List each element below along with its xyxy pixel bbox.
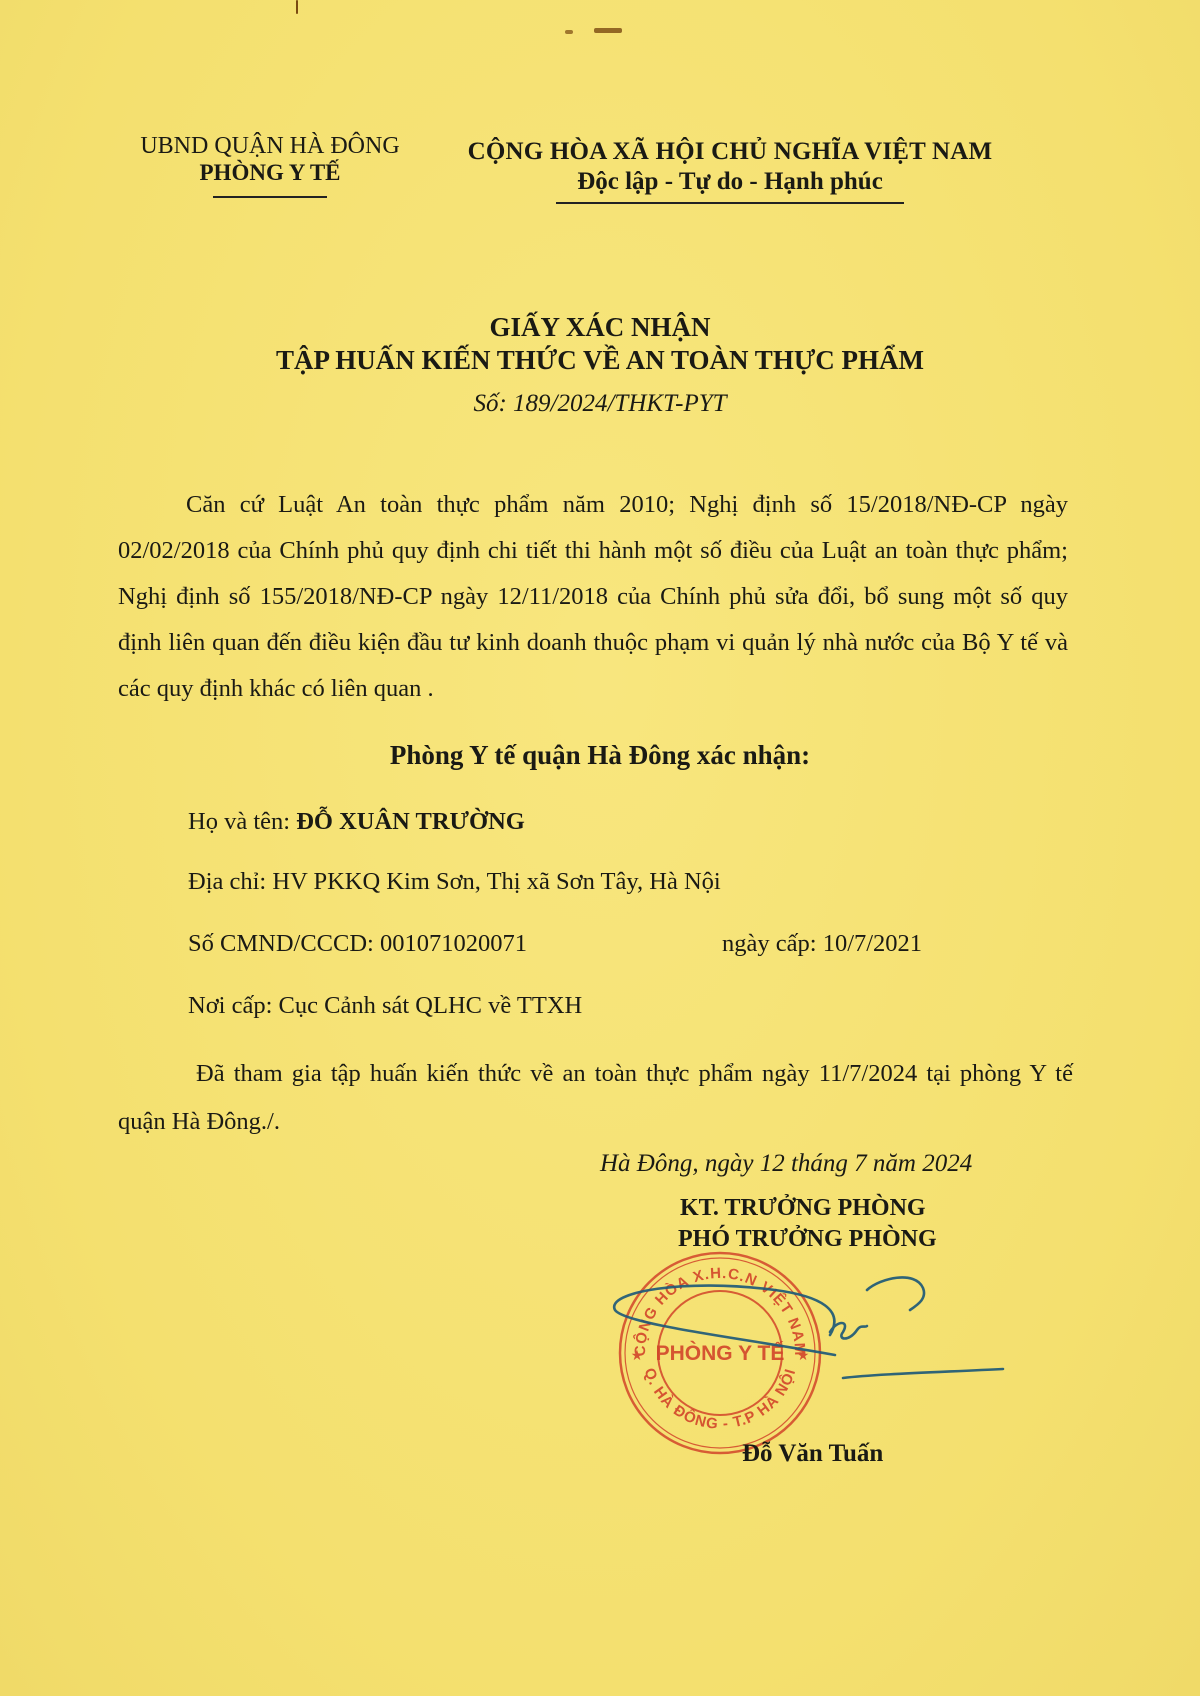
nation-motto: Độc lập - Tự do - Hạnh phúc	[455, 168, 1005, 196]
full-name-value: ĐỖ XUÂN TRƯỜNG	[296, 808, 525, 835]
agency-department: PHÒNG Y TẾ	[120, 160, 420, 186]
issue-place-value: Cục Cảnh sát QLHC về TTXH	[279, 992, 583, 1019]
issue-date-label: ngày cấp:	[722, 930, 823, 957]
field-address: Địa chỉ: HV PKKQ Kim Sơn, Thị xã Sơn Tây…	[188, 868, 721, 896]
id-label: Số CMND/CCCD:	[188, 930, 380, 957]
confirmation-heading: Phòng Y tế quận Hà Đông xác nhận:	[0, 740, 1200, 771]
address-label: Địa chỉ:	[188, 868, 272, 895]
nation-name: CỘNG HÒA XÃ HỘI CHỦ NGHĨA VIỆT NAM	[455, 138, 1005, 166]
field-id-number: Số CMND/CCCD: 001071020071	[188, 930, 527, 958]
document-title: GIẤY XÁC NHẬN	[0, 312, 1200, 343]
attendance-statement: Đã tham gia tập huấn kiến thức về an toà…	[118, 1050, 1073, 1146]
handwritten-signature-icon	[605, 1270, 1005, 1390]
scan-mark	[296, 0, 298, 14]
signer-title-1: KT. TRƯỞNG PHÒNG	[680, 1195, 926, 1222]
full-name-label: Họ và tên:	[188, 808, 296, 835]
national-motto: CỘNG HÒA XÃ HỘI CHỦ NGHĨA VIỆT NAM Độc l…	[455, 138, 1005, 204]
field-issue-place: Nơi cấp: Cục Cảnh sát QLHC về TTXH	[188, 992, 582, 1020]
issue-place-label: Nơi cấp:	[188, 992, 279, 1019]
scan-mark	[594, 28, 622, 33]
motto-underline	[556, 202, 904, 204]
document-number: Số: 189/2024/THKT-PYT	[0, 390, 1200, 418]
field-issue-date: ngày cấp: 10/7/2021	[722, 930, 922, 958]
agency-underline	[213, 196, 327, 198]
legal-basis-text: Căn cứ Luật An toàn thực phẩm năm 2010; …	[118, 482, 1068, 712]
document-subtitle: TẬP HUẤN KIẾN THỨC VỀ AN TOÀN THỰC PHẨM	[0, 345, 1200, 376]
address-value: HV PKKQ Kim Sơn, Thị xã Sơn Tây, Hà Nội	[272, 868, 720, 895]
issue-date-value: 10/7/2021	[823, 930, 922, 957]
legal-basis-paragraph: Căn cứ Luật An toàn thực phẩm năm 2010; …	[118, 482, 1068, 712]
document-page: UBND QUẬN HÀ ĐÔNG PHÒNG Y TẾ CỘNG HÒA XÃ…	[0, 0, 1200, 1696]
field-full-name: Họ và tên: ĐỖ XUÂN TRƯỜNG	[188, 808, 525, 836]
id-value: 001071020071	[380, 930, 527, 957]
scan-mark	[565, 30, 573, 34]
issuing-agency: UBND QUẬN HÀ ĐÔNG PHÒNG Y TẾ	[120, 133, 420, 198]
signing-place-date: Hà Đông, ngày 12 tháng 7 năm 2024	[600, 1150, 972, 1178]
signer-name: Đỗ Văn Tuấn	[742, 1440, 883, 1468]
agency-district: UBND QUẬN HÀ ĐÔNG	[120, 133, 420, 160]
